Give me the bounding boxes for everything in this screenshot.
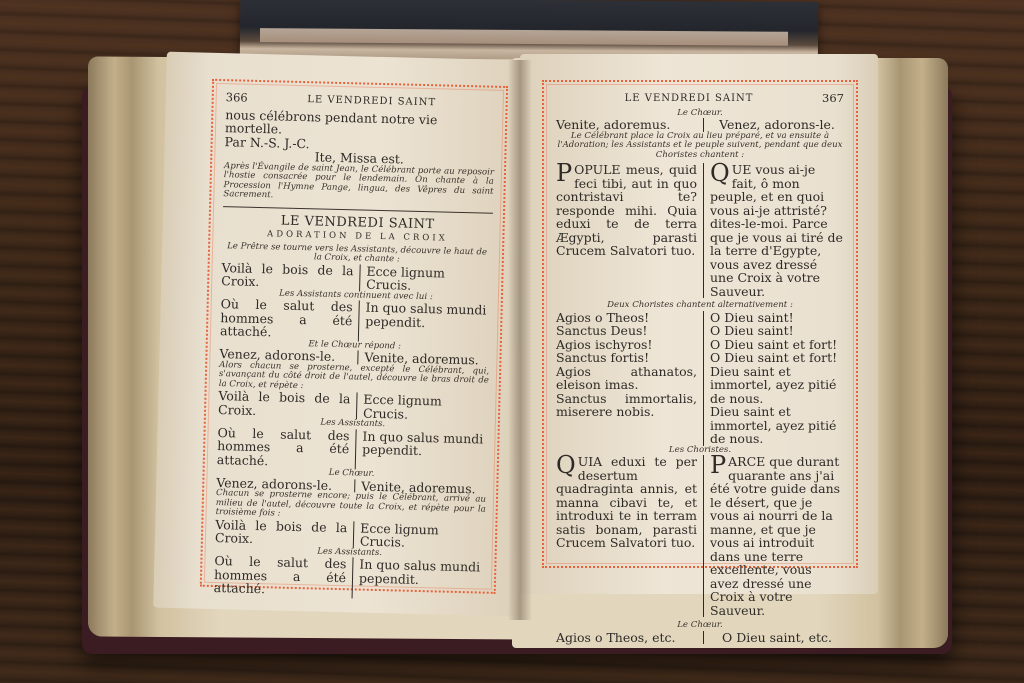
trisagion: Agios o Theos! Sanctus Deus! Agios ischy… — [556, 311, 844, 446]
running-title: LE VENDREDI SAINT — [307, 93, 436, 110]
rubric: Après l'Évangile de saint Jean, le Céléb… — [223, 162, 494, 207]
verse-pair: Où le salut des hommes a été attaché.In … — [220, 297, 491, 344]
book-gutter — [508, 60, 532, 620]
verse-pair: Où le salut des hommes a été attaché.In … — [217, 426, 488, 473]
page-number: 367 — [822, 92, 844, 106]
divider — [223, 206, 493, 214]
verse-pair: QUIA eduxi te per desertum quadraginta a… — [556, 455, 844, 617]
page-number: 366 — [226, 91, 248, 105]
closed-book-page-edge — [260, 28, 788, 46]
left-page-text: 366 LE VENDREDI SAINT nous célébrons pen… — [214, 91, 496, 601]
right-page: LE VENDREDI SAINT 367 Le Chœur. Venite, … — [520, 54, 878, 594]
left-page: 366 LE VENDREDI SAINT nous célébrons pen… — [153, 52, 526, 617]
verse-pair: POPULE meus, quid feci tibi, aut in quo … — [556, 163, 844, 298]
verse-pair: Agios o Theos, etc.O Dieu saint, etc. — [556, 631, 844, 645]
running-title: LE VENDREDI SAINT — [625, 92, 754, 106]
verse-pair: Où le salut des hommes a été attaché.In … — [214, 554, 485, 601]
rubric: Le Célébrant place la Croix au lieu prép… — [556, 132, 844, 161]
right-page-text: LE VENDREDI SAINT 367 Le Chœur. Venite, … — [556, 92, 844, 644]
running-head: LE VENDREDI SAINT 367 — [556, 92, 844, 106]
verse-pair: Venite, adoremus.Venez, adorons-le. — [556, 118, 844, 132]
